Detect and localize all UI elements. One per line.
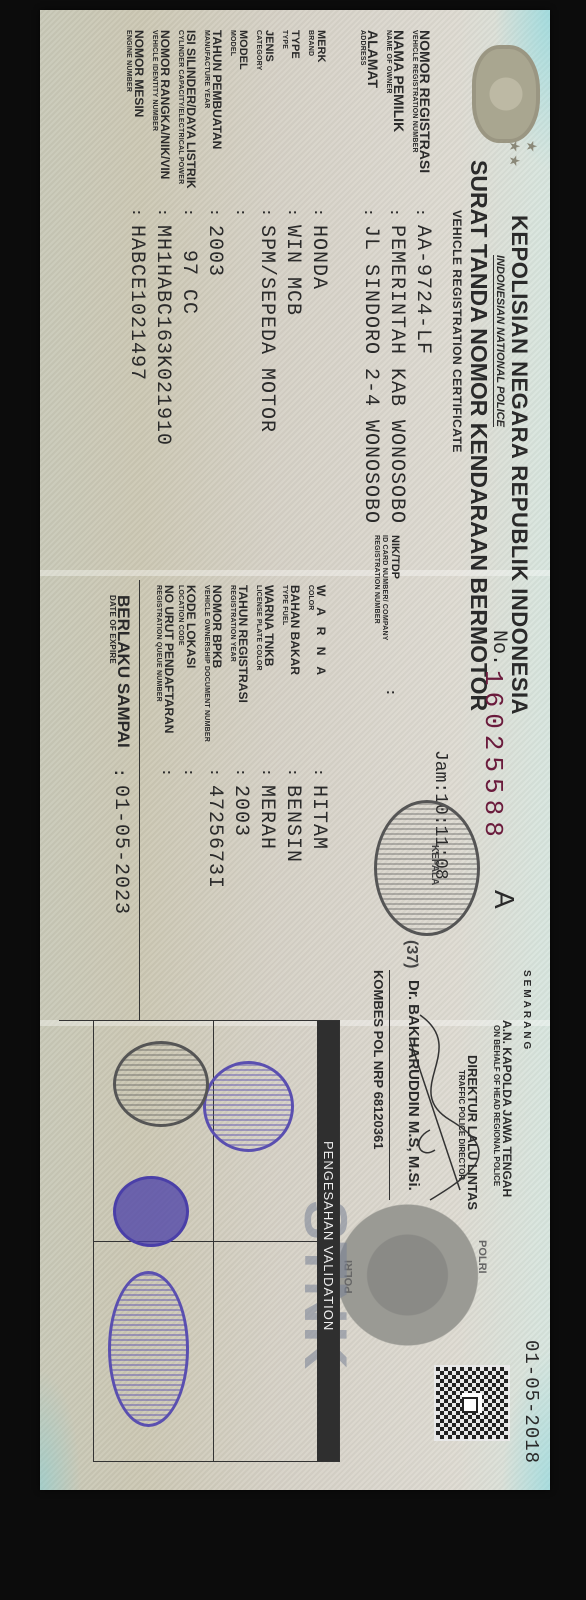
serial-number: 16025588	[478, 670, 508, 843]
label-nik-tdp: NIK/TDPID CARD NUMBER/ COMPANY REGISTRAT…	[372, 535, 402, 645]
label-expiry: BERLAKU SAMPAIDATE OF EXPIRE	[108, 595, 130, 748]
vehicle-type: WIN MCB	[282, 225, 302, 316]
label-registration-number: NOMOR REGISTRASIVEHICLE REGISTRATION NUM…	[410, 30, 432, 173]
label-brand: MERKBRAND	[306, 30, 328, 62]
issue-date: 01-05-2018	[520, 1340, 542, 1464]
signer-rank: KOMBES POL NRP 68120361	[371, 970, 390, 1200]
time-label: Jam:	[430, 750, 450, 793]
validation-title: PENGESAHAN VALIDATION	[317, 1021, 339, 1461]
manufacture-year: 2003	[204, 225, 224, 277]
label-category: JENISCATEGORY	[254, 30, 276, 71]
vehicle-color: HITAM	[308, 785, 328, 850]
label-model: MODELMODEL	[228, 30, 250, 70]
engine-number: HABCE1021497	[126, 225, 146, 381]
owner-address: JL SINDORO 2-4 WONOSOBO	[360, 225, 380, 524]
official-stamp	[374, 800, 480, 936]
vehicle-identity-number: MH1HABC163K021910	[152, 225, 172, 446]
label-address: ALAMATADDRESS	[358, 30, 380, 88]
expiry-date: 01-05-2023	[110, 785, 130, 915]
signer-name: Dr. BAKHARUDDIN M.S, M.Si.	[405, 980, 422, 1191]
label-cylinder-capacity: ISI SILINDER/DAYA LISTRIKCYLINDER CAPACI…	[176, 30, 198, 189]
label-plate-color: WARNA TNKBLICENSE PLATE COLOR	[254, 585, 276, 671]
document-title-en: VEHICLE REGISTRATION CERTIFICATE	[450, 210, 464, 453]
label-engine-number: NOMOR MESINENGINE NUMBER	[124, 30, 146, 117]
validation-stamp-1	[203, 1061, 294, 1152]
label-bpkb-number: NOMOR BPKBVEHICLE OWNERSHIP DOCUMENT NUM…	[202, 585, 224, 742]
vehicle-registration-certificate: ★★★ KEPOLISIAN NEGARA REPUBLIK INDONESIA…	[40, 10, 550, 1490]
label-location-code: KODE LOKASILOCATION CODE	[176, 585, 198, 668]
police-emblem-icon	[472, 45, 540, 143]
on-behalf: A.N. KAPOLDA JAWA TENGAH	[500, 1020, 514, 1197]
bpkb-number: 4725673I	[204, 785, 224, 889]
vehicle-brand: HONDA	[308, 225, 328, 290]
label-owner-name: NAMA PEMILIKNAME OF OWNER	[384, 30, 406, 132]
label-queue-number: NO URUT PENDAFTARANREGISTRATION QUEUE NU…	[154, 585, 176, 733]
label-fuel-type: BAHAN BAKARTYPE FUEL	[280, 585, 302, 675]
polri-label: POLRI	[476, 1240, 488, 1274]
serial-number-label: No.	[487, 630, 510, 666]
validation-stamp-4	[108, 1271, 189, 1427]
registration-number: AA-9724-LF	[412, 225, 432, 355]
vehicle-category: SPM/SEPEDA MOTOR	[256, 225, 276, 433]
qr-code-icon	[434, 1365, 510, 1441]
label-type: TYPETYPE	[280, 30, 302, 59]
fuel-type: BENSIN	[282, 785, 302, 863]
validation-table: PENGESAHAN VALIDATION	[93, 1020, 340, 1462]
issue-city: SEMARANG	[521, 970, 532, 1052]
validation-stamp-2	[113, 1041, 209, 1127]
label-registration-year: TAHUN REGISTRASIREGISTRATION YEAR	[228, 585, 250, 703]
label-vin: NOMOR RANGKA/NIK/VINVEHICLE IDENTITY NUM…	[150, 30, 172, 179]
label-manufacture-year: TAHUN PEMBUATANMANUFACTURE YEAR	[202, 30, 224, 149]
label-color: W A R N ACOLOR	[306, 585, 328, 679]
owner-name: PEMERINTAH KAB WONOSOBO	[386, 225, 406, 524]
document-title: SURAT TANDA NOMOR KENDARAAN BERMOTOR	[465, 160, 492, 711]
stars-icon: ★★★	[506, 140, 540, 169]
plate-color: MERAH	[256, 785, 276, 850]
cylinder-capacity: 97 CC	[178, 250, 198, 315]
validation-stamp-3	[113, 1176, 189, 1247]
registration-year: 2003	[230, 785, 250, 837]
serial-suffix: A	[488, 890, 520, 909]
agency-title-en: INDONESIAN NATIONAL POLICE	[493, 255, 506, 427]
on-behalf-en: ON BEHALF OF HEAD REGIONAL POLICE	[492, 1025, 500, 1186]
polri-emblem-icon	[340, 1190, 490, 1360]
